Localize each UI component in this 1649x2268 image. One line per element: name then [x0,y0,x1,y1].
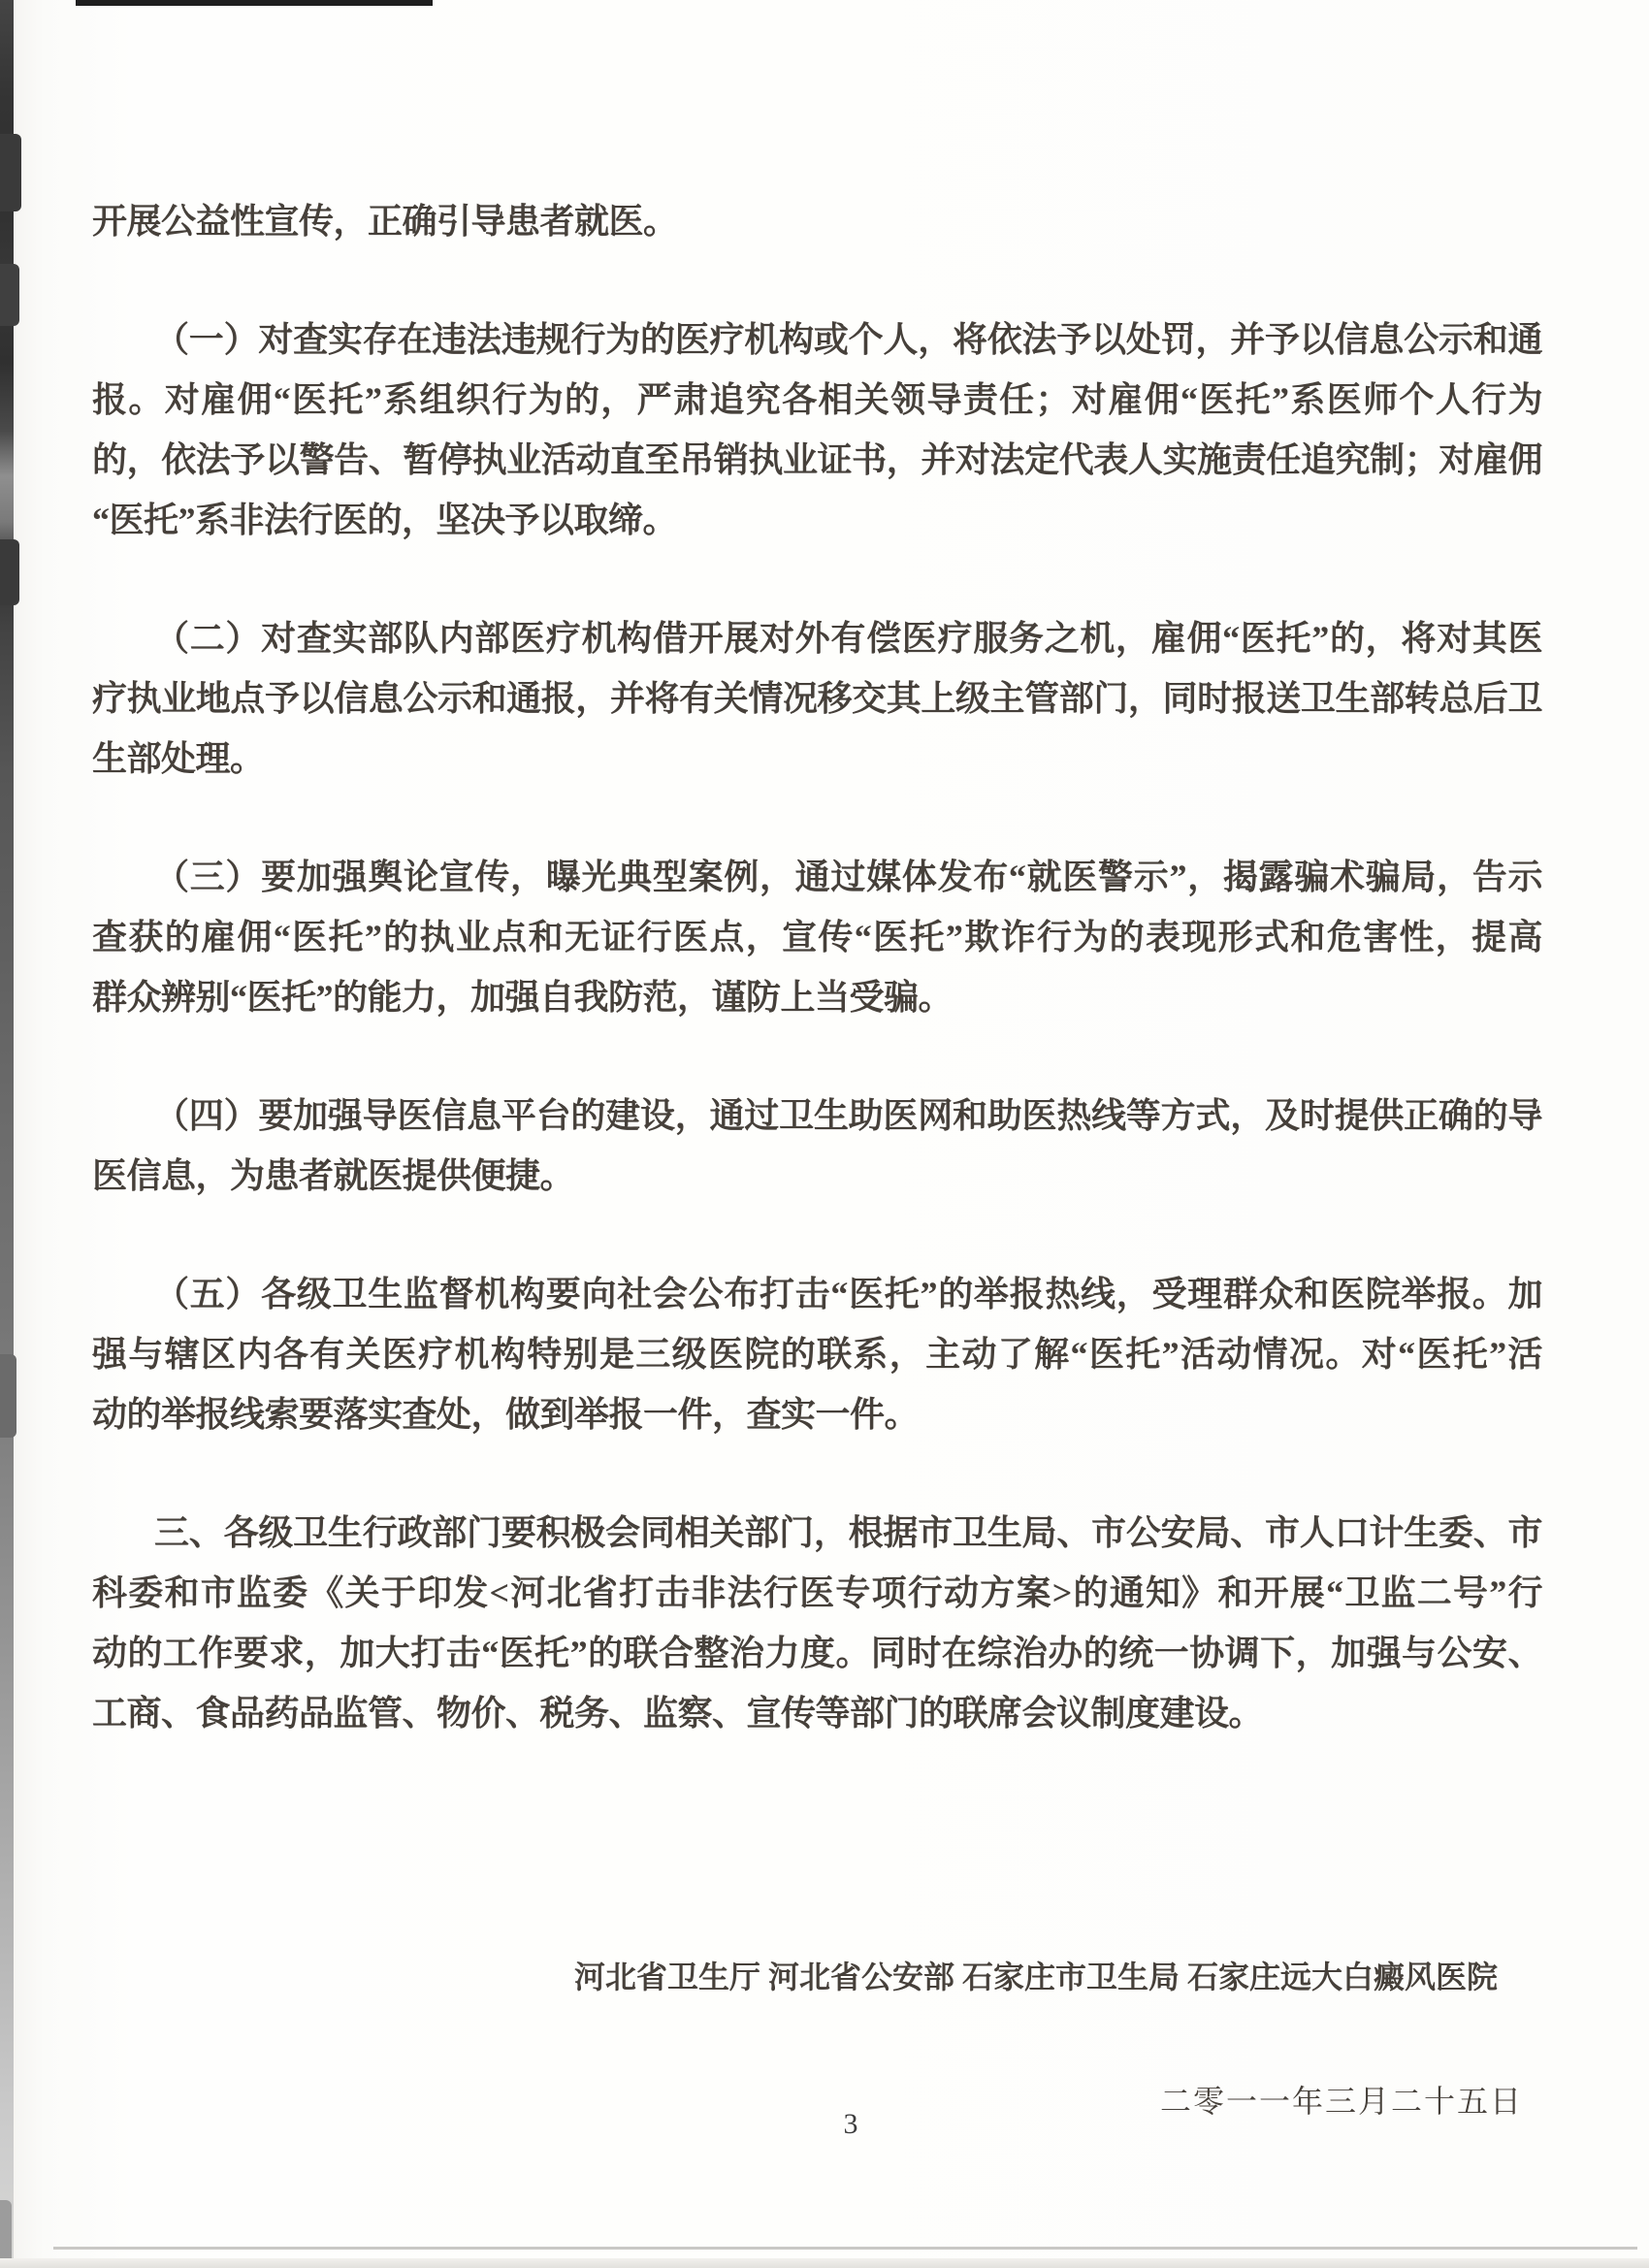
scan-bottom-edge-artifact [53,2247,1637,2250]
page-number: 3 [0,2107,1649,2142]
paragraph-item-2: （二）对查实部队内部医疗机构借开展对外有偿医疗服务之机，雇佣“医托”的，将对其医… [92,608,1542,789]
text-line: 动的工作要求，加大打击“医托”的联合整治力度。同时在综治办的统一协调下，加强与公… [92,1623,1542,1683]
text-line: 疗执业地点予以信息公示和通报，并将有关情况移交其上级主管部门，同时报送卫生部转总… [92,668,1542,729]
text-line: 查获的雇佣“医托”的执业点和无证行医点，宣传“医托”欺诈行为的表现形式和危害性，… [92,907,1542,967]
text-line: 的，依法予以警告、暂停执业活动直至吊销执业证书，并对法定代表人实施责任追究制；对… [92,430,1542,490]
text-line: 群众辨别“医托”的能力，加强自我防范，谨防上当受骗。 [92,967,1542,1027]
scanned-document-page: 开展公益性宣传，正确引导患者就医。（一）对查实存在违法违规行为的医疗机构或个人，… [0,0,1649,2268]
paragraph-item-1: （一）对查实存在违法违规行为的医疗机构或个人，将依法予以处罚，并予以信息公示和通… [92,309,1542,550]
text-line: 工商、食品药品监管、物价、税务、监察、宣传等部门的联席会议制度建设。 [92,1683,1542,1743]
text-line: 三、各级卫生行政部门要积极会同相关部门，根据市卫生局、市公安局、市人口计生委、市 [92,1503,1542,1563]
text-line: （二）对查实部队内部医疗机构借开展对外有偿医疗服务之机，雇佣“医托”的，将对其医 [92,608,1542,668]
scan-edge-blob [0,134,21,211]
text-line: 强与辖区内各有关医疗机构特别是三级医院的联系，主动了解“医托”活动情况。对“医托… [92,1324,1542,1384]
text-line: 开展公益性宣传，正确引导患者就医。 [92,191,1542,251]
paragraph-item-3: （三）要加强舆论宣传，曝光典型案例，通过媒体发布“就医警示”，揭露骗术骗局，告示… [92,847,1542,1027]
text-line: （四）要加强导医信息平台的建设，通过卫生助医网和助医热线等方式，及时提供正确的导 [92,1085,1542,1146]
text-line: 医信息，为患者就医提供便捷。 [92,1146,1542,1206]
scan-bottom-band-artifact [0,2258,1649,2268]
paragraph-item-4: （四）要加强导医信息平台的建设，通过卫生助医网和助医热线等方式，及时提供正确的导… [92,1085,1542,1206]
scan-edge-blob [0,264,19,326]
paragraph-item-5: （五）各级卫生监督机构要向社会公布打击“医托”的举报热线，受理群众和医院举报。加… [92,1264,1542,1444]
text-line: （五）各级卫生监督机构要向社会公布打击“医托”的举报热线，受理群众和医院举报。加 [92,1264,1542,1324]
text-line: （三）要加强舆论宣传，曝光典型案例，通过媒体发布“就医警示”，揭露骗术骗局，告示 [92,847,1542,907]
scan-edge-blob [0,539,19,605]
document-paragraphs: 开展公益性宣传，正确引导患者就医。（一）对查实存在违法违规行为的医疗机构或个人，… [92,191,1542,1743]
paragraph-section-3: 三、各级卫生行政部门要积极会同相关部门，根据市卫生局、市公安局、市人口计生委、市… [92,1503,1542,1743]
signature-line: 河北省卫生厅 河北省公安部 石家庄市卫生局 石家庄远大白癜风医院 [92,1947,1542,2007]
text-line: 科委和市监委《关于印发<河北省打击非法行医专项行动方案>的通知》和开展“卫监二号… [92,1563,1542,1623]
text-line: “医托”系非法行医的，坚决予以取缔。 [92,490,1542,550]
scan-edge-blob [0,1354,16,1438]
text-line: （一）对查实存在违法违规行为的医疗机构或个人，将依法予以处罚，并予以信息公示和通 [92,309,1542,370]
text-line: 报。对雇佣“医托”系组织行为的，严肃追究各相关领导责任；对雇佣“医托”系医师个人… [92,370,1542,430]
document-body: 开展公益性宣传，正确引导患者就医。（一）对查实存在违法违规行为的医疗机构或个人，… [92,191,1542,2131]
scan-top-edge-artifact [76,0,433,6]
paragraph-continuation: 开展公益性宣传，正确引导患者就医。 [92,191,1542,251]
text-line: 生部处理。 [92,729,1542,789]
scan-left-edge-artifact [0,0,14,2268]
text-line: 动的举报线索要落实查处，做到举报一件，查实一件。 [92,1384,1542,1444]
